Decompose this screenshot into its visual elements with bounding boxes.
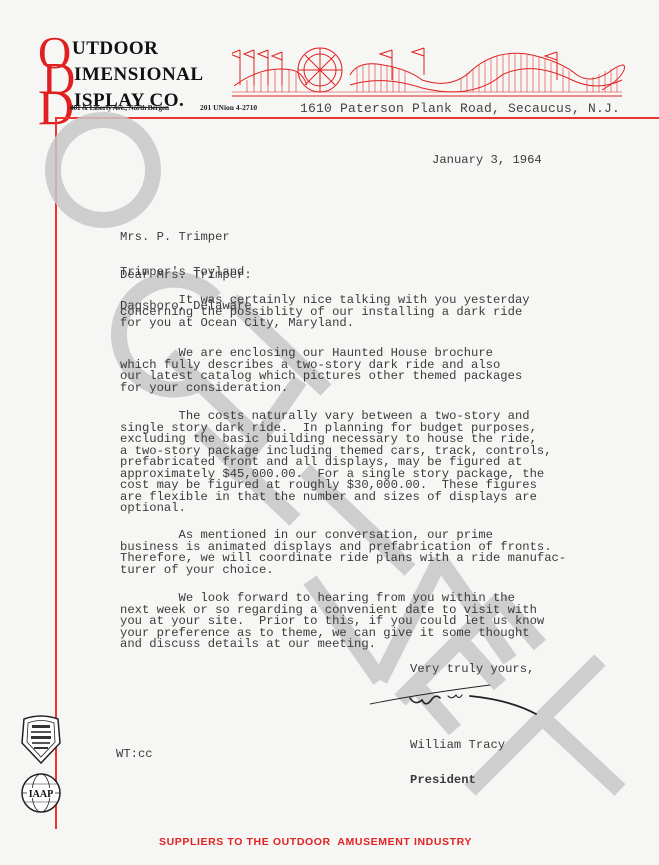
paragraph-3: The costs naturally vary between a two-s… [120,411,552,515]
association-seal-icon [20,713,62,765]
letter-date: January 3, 1964 [432,155,542,167]
complimentary-close: Very truly yours, [410,664,534,676]
iaap-label: IAAP [29,789,53,800]
iaap-globe-icon: IAAP [20,772,62,814]
signer-name: William Tracy [410,740,505,752]
letterhead-rule [55,117,659,119]
logo-word-outdoor: UTDOOR [72,38,158,60]
paragraph-4: As mentioned in our conversation, our pr… [120,530,566,576]
paragraph-1: It was certainly nice talking with you y… [120,295,530,330]
old-address: 401 & Liberty Ave., North Bergen [70,103,169,112]
paragraph-2: We are enclosing our Haunted House broch… [120,348,522,394]
recipient-name: Mrs. P. Trimper [120,232,252,244]
typist-initials: WT:cc [116,749,153,761]
logo-word-dimensional: IMENSIONAL [74,64,204,86]
phone-number: 201 UNion 4-2710 [200,103,257,112]
footer-tagline: SUPPLIERS TO THE OUTDOOR AMUSEMENT INDUS… [159,836,472,848]
handwritten-signature [370,680,540,720]
company-address: 1610 Paterson Plank Road, Secaucus, N.J. [300,101,620,116]
amusement-rides-illustration [232,40,627,98]
signer-block: William Tracy President [410,717,505,798]
salutation: Dear Mrs. Trimper: [120,270,252,282]
paragraph-5: We look forward to hearing from you with… [120,593,544,651]
signer-title: President [410,775,505,787]
